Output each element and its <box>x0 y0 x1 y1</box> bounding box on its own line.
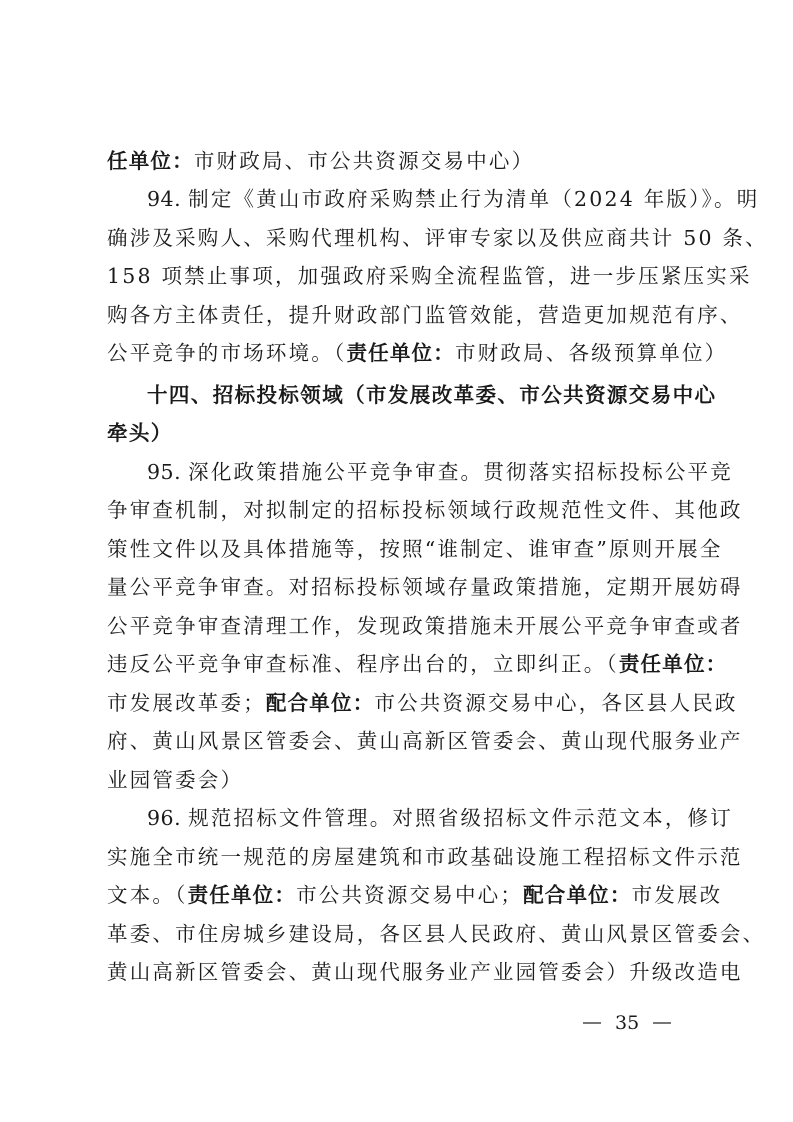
text: 市发展改 <box>632 883 723 907</box>
text: 市财政局、各级预算单位） <box>455 341 727 365</box>
text: 业园管委会） <box>107 768 243 792</box>
text: 府、黄山风景区管委会、黄山高新区管委会、黄山现代服务业产 <box>107 729 743 753</box>
page-number: 35 <box>615 1008 639 1038</box>
item-94-line: 94. 制定《黄山市政府采购禁止行为清单（2024 年版）》。明 <box>147 180 697 218</box>
text: 购各方主体责任，提升财政部门监管效能，营造更加规范有序、 <box>107 303 743 327</box>
text: 确涉及采购人、采购代理机构、评审专家以及供应商共计 50 条、 <box>107 226 768 250</box>
text-line: 违反公平竞争审查标准、程序出台的，立即纠正。（责任单位： <box>107 645 697 683</box>
text: 文本。（ <box>107 883 188 907</box>
text: 革委、市住房城乡建设局，各区县人民政府、黄山风景区管委会、 <box>107 922 765 946</box>
section-heading-cont: 牵头） <box>107 414 697 452</box>
text: 策性文件以及具体措施等，按照“谁制定、谁审查”原则开展全 <box>107 537 723 561</box>
text-line: 革委、市住房城乡建设局，各区县人民政府、黄山风景区管委会、 <box>107 915 697 953</box>
text-line: 确涉及采购人、采购代理机构、评审专家以及供应商共计 50 条、 <box>107 219 697 257</box>
text-line: 实施全市统一规范的房屋建筑和市政基础设施工程招标文件示范 <box>107 838 697 876</box>
text: 公平竞争的市场环境。（ <box>107 341 346 365</box>
text: 规范招标文件管理。对照省级招标文件示范文本，修订 <box>188 806 733 830</box>
text-line: 购各方主体责任，提升财政部门监管效能，营造更加规范有序、 <box>107 296 697 334</box>
heading-text: 十四、招标投标领域（市发展改革委、市公共资源交易中心 <box>147 383 716 407</box>
text: 实施全市统一规范的房屋建筑和市政基础设施工程招标文件示范 <box>107 845 743 869</box>
bold-label: 任单位： <box>107 149 194 173</box>
item-number: 95. <box>147 460 188 484</box>
text-line: 文本。（责任单位：市公共资源交易中心；配合单位：市发展改 <box>107 876 697 914</box>
item-95-line: 95. 深化政策措施公平竞争审查。贯彻落实招标投标公平竞 <box>147 453 697 491</box>
text-line: 任单位：市财政局、市公共资源交易中心） <box>107 142 697 180</box>
text-line: 争审查机制，对拟制定的招标投标领域行政规范性文件、其他政 <box>107 491 697 529</box>
text: 市公共资源交易中心； <box>296 883 523 907</box>
bold-label: 配合单位： <box>523 883 632 907</box>
text-line: 公平竞争的市场环境。（责任单位：市财政局、各级预算单位） <box>107 334 697 372</box>
text: 市发展改革委； <box>107 691 266 715</box>
bold-label: 配合单位： <box>266 691 375 715</box>
text: 市公共资源交易中心，各区县人民政 <box>374 691 737 715</box>
text-line: 158 项禁止事项，加强政府采购全流程监管，进一步压紧压实采 <box>107 257 697 295</box>
text: 158 项禁止事项，加强政府采购全流程监管，进一步压紧压实采 <box>107 264 752 288</box>
text: 深化政策措施公平竞争审查。贯彻落实招标投标公平竞 <box>188 460 733 484</box>
bold-label: 责任单位： <box>346 341 455 365</box>
dash-decoration <box>583 1022 601 1024</box>
text: 制定《黄山市政府采购禁止行为清单（2024 年版）》。明 <box>188 187 759 211</box>
text: 违反公平竞争审查标准、程序出台的，立即纠正。（ <box>107 652 619 676</box>
section-heading: 十四、招标投标领域（市发展改革委、市公共资源交易中心 <box>147 376 697 414</box>
text-line: 业园管委会） <box>107 761 697 799</box>
text: 争审查机制，对拟制定的招标投标领域行政规范性文件、其他政 <box>107 498 743 522</box>
bold-label: 责任单位： <box>619 652 728 676</box>
text-line: 府、黄山风景区管委会、黄山高新区管委会、黄山现代服务业产 <box>107 722 697 760</box>
heading-text: 牵头） <box>107 421 173 445</box>
text-line: 策性文件以及具体措施等，按照“谁制定、谁审查”原则开展全 <box>107 530 697 568</box>
text: 黄山高新区管委会、黄山现代服务业产业园管委会）升级改造电 <box>107 960 743 984</box>
text: 量公平竞争审查。对招标投标领域存量政策措施，定期开展妨碍 <box>107 575 743 599</box>
item-96-line: 96. 规范招标文件管理。对照省级招标文件示范文本，修订 <box>147 799 697 837</box>
text-line: 市发展改革委；配合单位：市公共资源交易中心，各区县人民政 <box>107 684 697 722</box>
page-footer: 35 <box>583 1008 703 1038</box>
bold-label: 责任单位： <box>188 883 297 907</box>
text: 市财政局、市公共资源交易中心） <box>194 149 535 173</box>
dash-decoration <box>653 1022 671 1024</box>
item-number: 94. <box>147 187 188 211</box>
text: 公平竞争审查清理工作，发现政策措施未开展公平竞争审查或者 <box>107 614 743 638</box>
item-number: 96. <box>147 806 188 830</box>
text-line: 公平竞争审查清理工作，发现政策措施未开展公平竞争审查或者 <box>107 607 697 645</box>
text-line: 黄山高新区管委会、黄山现代服务业产业园管委会）升级改造电 <box>107 953 697 991</box>
text-line: 量公平竞争审查。对招标投标领域存量政策措施，定期开展妨碍 <box>107 568 697 606</box>
